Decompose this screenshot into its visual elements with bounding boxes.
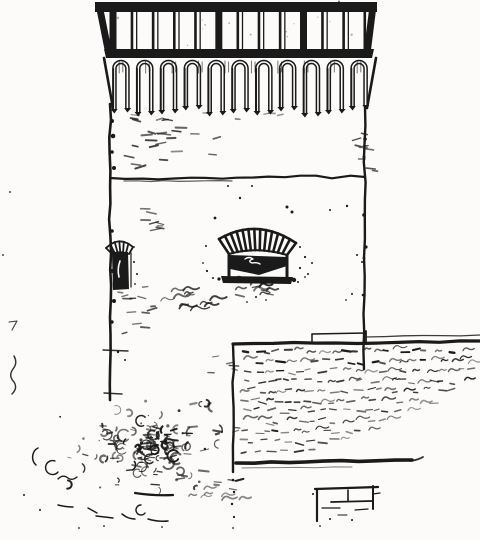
illustration-canvas: Pen-and-ink sketch of a crenellated medi…	[0, 0, 480, 540]
tower-sketch: Pen-and-ink sketch of a crenellated medi…	[0, 0, 480, 540]
